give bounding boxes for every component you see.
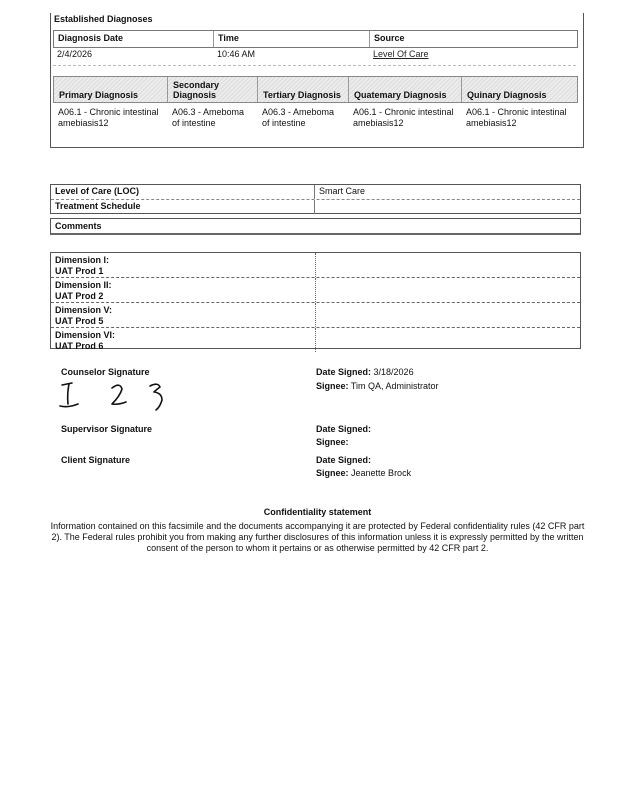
loc-row: Level of Care (LOC) Smart Care [51, 185, 580, 199]
diagnosis-meta-header: Diagnosis Date Time Source [53, 30, 578, 48]
dimension-label: Dimension II: [55, 280, 112, 290]
client-signature-label: Client Signature [61, 455, 130, 465]
dimension-row: Dimension V:UAT Prod 5 [51, 302, 580, 327]
loc-value: Smart Care [315, 185, 580, 199]
header-tertiary-diagnosis: Tertiary Diagnosis [258, 77, 349, 102]
source-link[interactable]: Level Of Care [373, 49, 429, 59]
header-secondary-diagnosis: Secondary Diagnosis [168, 77, 258, 102]
treatment-schedule-label: Treatment Schedule [51, 200, 315, 214]
dimension-row: Dimension II:UAT Prod 2 [51, 277, 580, 302]
header-quaternary-diagnosis: Quatemary Diagnosis [349, 77, 462, 102]
quaternary-diagnosis-value: A06.1 - Chronic intestinal amebiasis12 [348, 107, 461, 129]
supervisor-date-signed: Date Signed: [316, 424, 371, 434]
counselor-date-signed: Date Signed: 3/18/2026 [316, 367, 414, 377]
primary-diagnosis-value: A06.1 - Chronic intestinal amebiasis12 [53, 107, 167, 129]
dimension-row: Dimension VI:UAT Prod 6 [51, 327, 580, 352]
header-source: Source [370, 31, 577, 47]
counselor-signature-label: Counselor Signature [61, 367, 150, 377]
dimension-value: UAT Prod 6 [55, 341, 103, 351]
counselor-signature-image [58, 380, 178, 412]
quinary-diagnosis-value: A06.1 - Chronic intestinal amebiasis12 [461, 107, 576, 129]
header-quinary-diagnosis: Quinary Diagnosis [462, 77, 577, 102]
tertiary-diagnosis-value: A06.3 - Ameboma of intestine [257, 107, 348, 129]
client-date-signed: Date Signed: [316, 455, 371, 465]
dimension-value: UAT Prod 1 [55, 266, 103, 276]
level-of-care-table: Level of Care (LOC) Smart Care Treatment… [50, 184, 581, 214]
dimensions-table: Dimension I:UAT Prod 1 Dimension II:UAT … [50, 252, 581, 349]
secondary-diagnosis-value: A06.3 - Ameboma of intestine [167, 107, 257, 129]
treatment-schedule-value [315, 200, 580, 214]
supervisor-signee: Signee: [316, 437, 349, 447]
loc-label: Level of Care (LOC) [51, 185, 315, 199]
diagnosis-date-value: 2/4/2026 [53, 47, 213, 65]
confidentiality-title: Confidentiality statement [0, 507, 635, 517]
treatment-schedule-row: Treatment Schedule [51, 199, 580, 214]
dimension-row: Dimension I:UAT Prod 1 [51, 253, 580, 277]
header-primary-diagnosis: Primary Diagnosis [54, 77, 168, 102]
dimension-label: Dimension I: [55, 255, 109, 265]
supervisor-signature-label: Supervisor Signature [61, 424, 152, 434]
header-diagnosis-date: Diagnosis Date [54, 31, 214, 47]
section-title: Established Diagnoses [54, 14, 153, 24]
diagnosis-value-row: A06.1 - Chronic intestinal amebiasis12 A… [53, 107, 576, 129]
counselor-signee: Signee: Tim QA, Administrator [316, 381, 439, 391]
confidentiality-body: Information contained on this facsimile … [50, 521, 585, 554]
dimension-label: Dimension VI: [55, 330, 115, 340]
diagnosis-header-row: Primary Diagnosis Secondary Diagnosis Te… [53, 76, 578, 103]
diagnosis-meta-row: 2/4/2026 10:46 AM Level Of Care [53, 47, 576, 66]
dimension-value: UAT Prod 5 [55, 316, 103, 326]
comments-label: Comments [50, 218, 581, 235]
header-time: Time [214, 31, 370, 47]
diagnosis-time-value: 10:46 AM [213, 47, 369, 65]
dimension-value: UAT Prod 2 [55, 291, 103, 301]
client-signee: Signee: Jeanette Brock [316, 468, 411, 478]
dimension-label: Dimension V: [55, 305, 112, 315]
